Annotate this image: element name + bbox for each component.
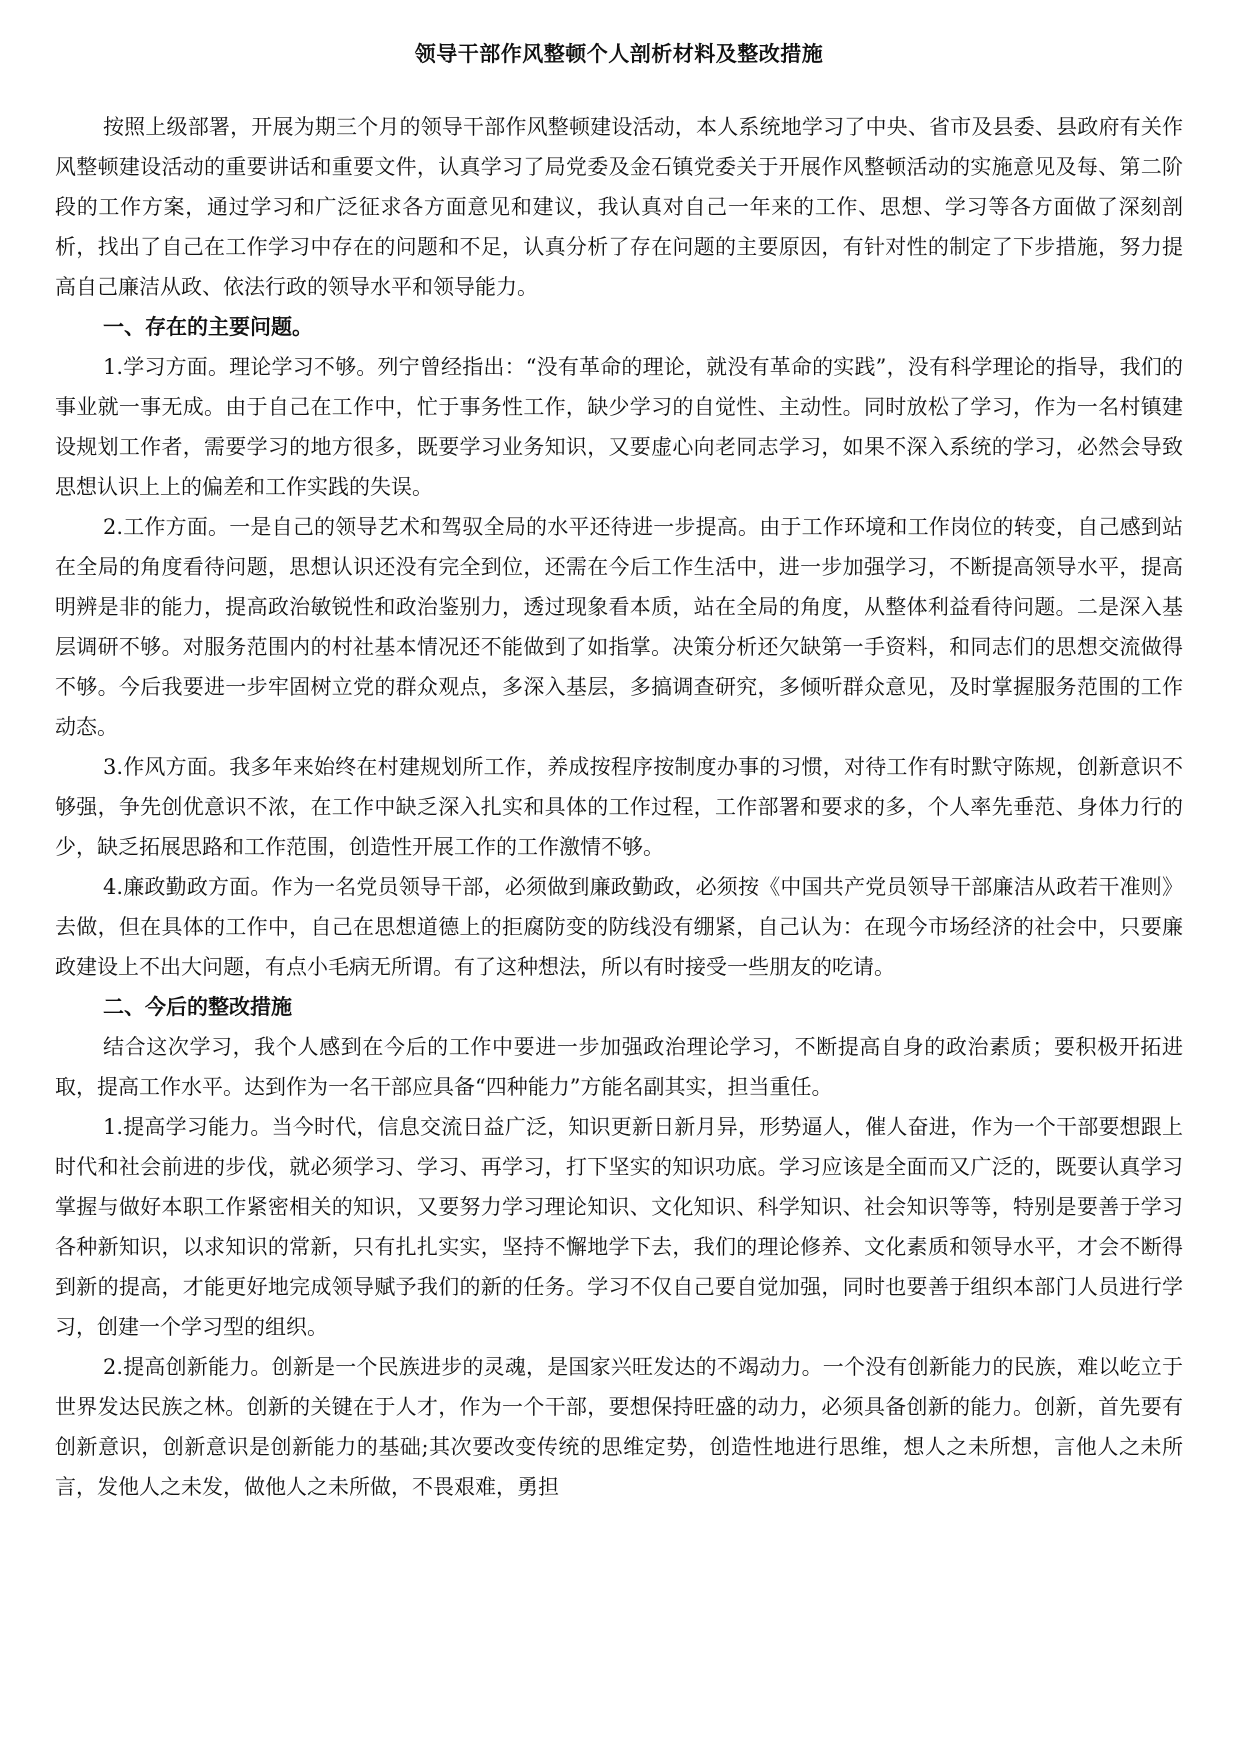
paragraph-study: 1.学习方面。理论学习不够。列宁曾经指出：“没有革命的理论，就没有革命的实践”，… (55, 347, 1183, 507)
intro-paragraph: 按照上级部署，开展为期三个月的领导干部作风整顿建设活动，本人系统地学习了中央、省… (55, 107, 1183, 307)
paragraph-innovation-ability: 2.提高创新能力。创新是一个民族进步的灵魂，是国家兴旺发达的不竭动力。一个没有创… (55, 1347, 1183, 1507)
paragraph-work: 2.工作方面。一是自己的领导艺术和驾驭全局的水平还待进一步提高。由于工作环境和工… (55, 507, 1183, 747)
paragraph-learning-ability: 1.提高学习能力。当今时代，信息交流日益广泛，知识更新日新月异，形势逼人，催人奋… (55, 1107, 1183, 1347)
paragraph-integrity: 4.廉政勤政方面。作为一名党员领导干部，必须做到廉政勤政，必须按《中国共产党员领… (55, 867, 1183, 987)
paragraph-measures-intro: 结合这次学习，我个人感到在今后的工作中要进一步加强政治理论学习，不断提高自身的政… (55, 1027, 1183, 1107)
section-heading-measures: 二、今后的整改措施 (55, 987, 1183, 1027)
paragraph-style: 3.作风方面。我多年来始终在村建规划所工作，养成按程序按制度办事的习惯，对待工作… (55, 747, 1183, 867)
section-heading-problems: 一、存在的主要问题。 (55, 307, 1183, 347)
document-body: 按照上级部署，开展为期三个月的领导干部作风整顿建设活动，本人系统地学习了中央、省… (55, 107, 1183, 1507)
document-title: 领导干部作风整顿个人剖析材料及整改措施 (55, 38, 1183, 68)
